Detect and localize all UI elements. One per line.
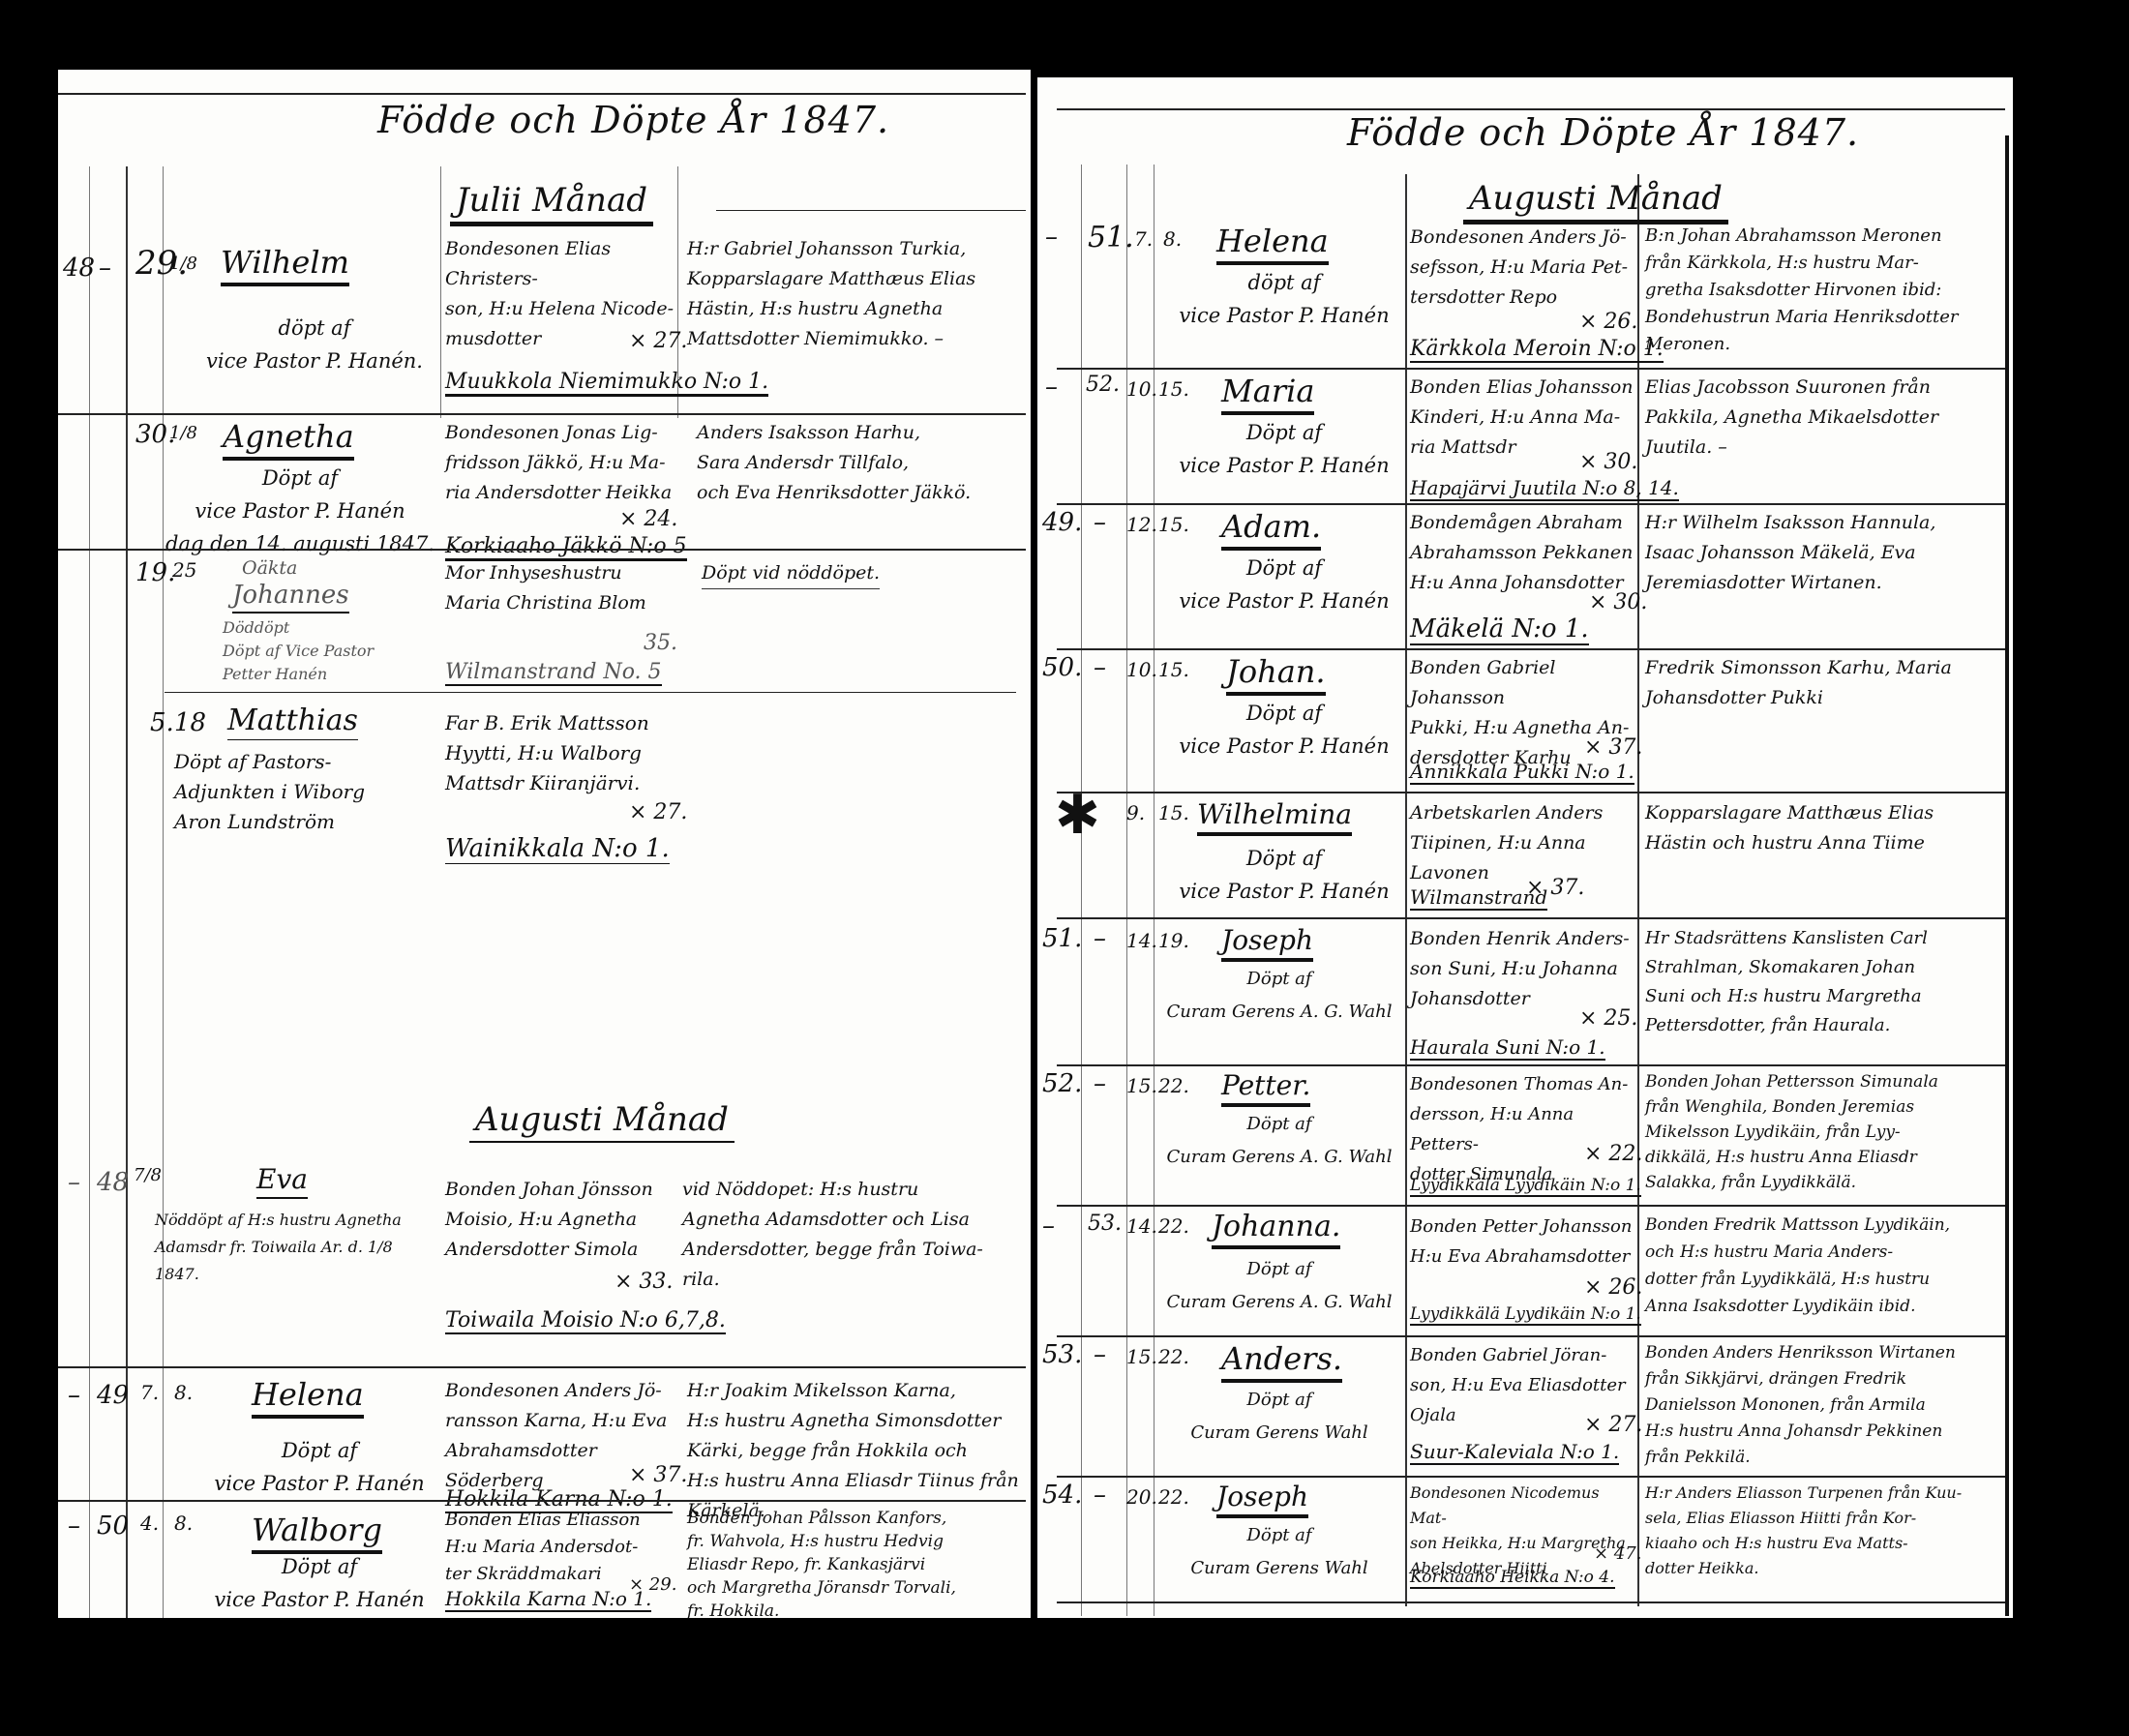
row-number: 49. — [1042, 508, 1082, 537]
baptizer-line: vice Pastor P. Hanén. — [194, 344, 435, 377]
residence: Mäkelä N:o 1. — [1410, 614, 1589, 645]
sponsor-line: Pettersdotter, från Haurala. — [1645, 1011, 2003, 1040]
baptizer-line: Döpt af — [1163, 416, 1405, 449]
sponsor-line: Bonden Fredrik Mattsson Lyydikäin, — [1645, 1212, 2003, 1239]
child-name: Matthias — [227, 703, 358, 740]
baptizer-line: 1847. — [155, 1261, 445, 1288]
child-name: Walborg — [252, 1512, 382, 1554]
row-number: 53. — [1088, 1212, 1122, 1236]
page-edge — [2005, 135, 2009, 1616]
sponsor-line: Bonden Johan Pettersson Simunala — [1645, 1069, 2003, 1094]
residence: Lyydikkälä Lyydikäin N:o 1. — [1410, 1304, 1641, 1326]
parents-line: Bondesonen Anders Jö- — [1410, 223, 1637, 253]
parents-line: Tiipinen, H:u Anna — [1410, 828, 1637, 858]
born-day: 15. — [1126, 1345, 1157, 1368]
residence: Haurala Suni N:o 1. — [1410, 1035, 1605, 1061]
parents-line: Lavonen — [1410, 858, 1637, 888]
parents-line: son, H:u Helena Nicode- — [445, 294, 677, 324]
residence: Hokkila Karna N:o 1. — [445, 1587, 651, 1612]
parents-line: Bonden Gabriel Johansson — [1410, 653, 1637, 713]
row-number: 50. — [1042, 653, 1082, 682]
month-header: Augusti Månad — [469, 1100, 735, 1143]
mother-age: 35. — [644, 631, 677, 655]
row-divider — [1057, 368, 2005, 370]
baptizer-line: Döpt af — [1154, 1519, 1405, 1552]
baptizer-line: döpt af — [1163, 266, 1405, 299]
row-number: 54. — [1042, 1481, 1082, 1510]
baptizer-line: vice Pastor P. Hanén — [1163, 730, 1405, 763]
sponsor-line: gretha Isaksdotter Hirvonen ibid: — [1645, 277, 2003, 304]
baptizer-line: Petter Hanén — [223, 663, 435, 686]
row-number: 51. — [1042, 924, 1082, 953]
sponsor-line: Pakkila, Agnetha Mikaelsdotter — [1645, 403, 2003, 433]
baptized-date: 8. — [174, 1512, 193, 1535]
baptizer-line: Adjunkten i Wiborg — [174, 777, 445, 807]
parents-line: Maria Christina Blom — [445, 588, 687, 618]
born-day: 4. — [140, 1512, 159, 1535]
baptized-date: 22. — [1158, 1074, 1189, 1097]
parents-line: Bondesonen Elias Christers- — [445, 234, 677, 294]
sponsor-line: Mikelsson Lyydikäin, från Lyy- — [1645, 1120, 2003, 1145]
child-name: Johanna. — [1212, 1210, 1340, 1249]
sponsor-line: Mattsdotter Niemimukko. – — [687, 324, 1016, 354]
sponsor-line: sela, Elias Eliasson Hiitti från Kor- — [1645, 1506, 2003, 1531]
parents-line: Bondemågen Abraham — [1410, 508, 1637, 538]
right-page: Födde och Döpte År 1847. Augusti Månad –… — [1037, 77, 2013, 1618]
baptizer-line: dag den 14. augusti 1847. — [165, 527, 435, 560]
mother-age: × 47. — [1594, 1543, 1641, 1564]
parents-line: Bondesonen Nicodemus Mat- — [1410, 1481, 1637, 1531]
baptizer-line: Aron Lundström — [174, 807, 445, 837]
parents-line: Moisio, H:u Agnetha — [445, 1205, 677, 1235]
row-divider — [1057, 1064, 2005, 1066]
baptized-date: 15. — [1158, 658, 1189, 681]
residence: Korkiaaho Jäkkö N:o 5 — [445, 534, 687, 561]
row-number: 50 — [97, 1512, 129, 1541]
mother-age: × 37. — [629, 1463, 687, 1487]
baptizer-line: Curam Gerens A. G. Wahl — [1154, 1141, 1405, 1174]
row-divider — [1057, 1335, 2005, 1337]
sponsor-line: B:n Johan Abrahamsson Meronen — [1645, 223, 2003, 250]
sponsor-line: rila. — [682, 1265, 1021, 1295]
row-mark: – — [1045, 373, 1058, 402]
parents-line: H:u Eva Abrahamsdotter — [1410, 1242, 1637, 1272]
baptized-date: 1/8 — [169, 423, 197, 443]
parents-line: H:u Maria Andersdot- — [445, 1534, 682, 1561]
row-divider — [1057, 1205, 2005, 1207]
parents-line: Bondesonen Jonas Lig- — [445, 418, 687, 448]
residence: Wainikkala N:o 1. — [445, 834, 670, 864]
row-mark: – — [1042, 1212, 1055, 1241]
sponsor-line: Hr Stadsrättens Kanslisten Carl — [1645, 924, 2003, 953]
baptizer-line: Döpt af Vice Pastor — [223, 640, 435, 663]
child-name: Joseph — [1216, 1481, 1308, 1518]
sponsor-line: från Kärkkola, H:s hustru Mar- — [1645, 250, 2003, 277]
month-header: Julii Månad — [450, 181, 653, 226]
page-title: Födde och Döpte År 1847. — [377, 99, 889, 141]
row-divider — [1057, 917, 2005, 919]
child-name: Eva — [256, 1163, 308, 1199]
asterisk-mark-icon: ✱ — [1055, 784, 1100, 847]
residence: Wilmanstrand — [1410, 885, 1547, 911]
baptizer-line: Curam Gerens A. G. Wahl — [1154, 1286, 1405, 1319]
parents-line: sefsson, H:u Maria Pet- — [1410, 253, 1637, 283]
baptizer-line: Döpt af Pastors- — [174, 747, 445, 777]
sponsor-line: från Wenghila, Bonden Jeremias — [1645, 1094, 2003, 1120]
baptizer-line: Döpt af — [1163, 552, 1405, 584]
mother-age: × 25. — [1579, 1006, 1637, 1031]
child-name: Anders. — [1221, 1340, 1342, 1383]
sponsor-line: Jeremiasdotter Wirtanen. — [1645, 568, 2003, 598]
residence: Kärkkola Meroin N:o 1. — [1410, 337, 1664, 363]
baptizer-line: vice Pastor P. Hanén — [194, 1583, 445, 1616]
row-mark: – — [68, 1381, 80, 1410]
baptizer-line: Döpt af — [1154, 963, 1405, 996]
parents-line: Andersdotter Simola — [445, 1235, 677, 1265]
child-name: Helena — [1216, 223, 1329, 265]
born-day: 5. — [150, 708, 174, 737]
sponsor-line: Strahlman, Skomakaren Johan — [1645, 953, 2003, 982]
sponsor-line: Suni och H:s hustru Margretha — [1645, 982, 2003, 1011]
row-number: 48 — [63, 254, 95, 283]
baptizer-line: döpt af — [194, 312, 435, 344]
baptizer-line: vice Pastor P. Hanén — [1163, 584, 1405, 617]
sponsor-line: H:s hustru Anna Johansdr Pekkinen — [1645, 1419, 2003, 1445]
parents-line: Mor Inhyseshustru — [445, 558, 687, 588]
born-day: 20. — [1126, 1485, 1157, 1509]
born-day: 14. — [1126, 929, 1157, 952]
baptizer-line: Curam Gerens A. G. Wahl — [1154, 996, 1405, 1029]
sponsor-line: dotter från Lyydikkälä, H:s hustru — [1645, 1266, 2003, 1293]
mother-age: × 30. — [1589, 590, 1647, 614]
parents-line: Bondesonen Thomas An- — [1410, 1069, 1637, 1099]
sponsor-line: Eliasdr Repo, fr. Kankasjärvi — [687, 1553, 1026, 1576]
row-mark: – — [99, 254, 111, 283]
born-day: 7. — [140, 1381, 159, 1404]
baptizer-line: Döpt af — [1154, 1253, 1405, 1286]
baptized-date: 8. — [1163, 227, 1182, 251]
row-mark: – — [1094, 508, 1106, 537]
sponsor-line: från Sikkjärvi, drängen Fredrik — [1645, 1366, 2003, 1392]
row-divider — [1057, 503, 2005, 505]
parents-line: son Suni, H:u Johanna — [1410, 954, 1637, 984]
sponsor-line: Danielsson Mononen, från Armila — [1645, 1392, 2003, 1419]
sponsor-line: Bonden Anders Henriksson Wirtanen — [1645, 1340, 2003, 1366]
sponsor-line: och Eva Henriksdotter Jäkkö. — [697, 478, 1016, 508]
residence: Toiwaila Moisio N:o 6,7,8. — [445, 1308, 726, 1334]
sponsor-line: och H:s hustru Maria Anders- — [1645, 1239, 2003, 1266]
mother-age: × 26. — [1584, 1275, 1642, 1300]
residence: Lyydikkälä Lyydikäin N:o 1. — [1410, 1176, 1641, 1197]
residence: Korkiaaho Heikka N:o 4. — [1410, 1568, 1615, 1589]
sponsor-line: dotter Heikka. — [1645, 1556, 2003, 1581]
sponsor-line: Fredrik Simonsson Karhu, Maria — [1645, 653, 2003, 683]
sponsor-line: H:r Anders Eliasson Turpenen från Kuu- — [1645, 1481, 2003, 1506]
parents-line: Kinderi, H:u Anna Ma- — [1410, 403, 1637, 433]
baptizer-line: Döpt af — [1163, 842, 1405, 875]
baptizer-line: Döpt af — [1154, 1108, 1405, 1141]
child-name: Maria — [1221, 373, 1314, 415]
child-name: Petter. — [1221, 1069, 1310, 1107]
mother-age: × 27. — [1584, 1413, 1642, 1437]
baptized-date: 8. — [174, 1381, 193, 1404]
child-name: Wilhelm — [221, 244, 349, 286]
sponsor-line: från Pekkilä. — [1645, 1445, 2003, 1471]
baptized-date: 15. — [1158, 377, 1189, 401]
baptized-date: 18 — [174, 708, 206, 737]
row-divider — [1057, 792, 2005, 793]
row-mark: – — [68, 1512, 80, 1541]
row-number: 48 — [97, 1168, 129, 1197]
column-line — [89, 166, 90, 1618]
baptizer-line: Döpt af — [165, 462, 435, 494]
sponsor-line: Meronen. — [1645, 331, 2003, 358]
child-name: Johannes — [232, 581, 349, 614]
row-divider — [58, 549, 1026, 551]
entry-number: 52. — [1086, 373, 1120, 397]
column-line — [1081, 165, 1082, 1616]
row-mark: – — [1094, 1481, 1106, 1510]
born-day: 7. — [1134, 227, 1153, 251]
baptizer-line: Curam Gerens Wahl — [1154, 1552, 1405, 1585]
parents-line: Bonden Gabriel Jöran- — [1410, 1340, 1637, 1370]
sponsor-line: H:s hustru Anna Eliasdr Tiinus från — [687, 1466, 1026, 1496]
born-day: 12. — [1126, 513, 1157, 536]
mother-age: × 30. — [1579, 450, 1637, 474]
entry-number: 51. — [1088, 221, 1134, 254]
residence: Hapajärvi Juutila N:o 8, 14. — [1410, 476, 1679, 501]
sponsor-line: Agnetha Adamsdotter och Lisa — [682, 1205, 1021, 1235]
parents-line: Bonden Henrik Anders- — [1410, 924, 1637, 954]
sponsor-line: Isaac Johansson Mäkelä, Eva — [1645, 538, 2003, 568]
sponsor-line: Kopparslagare Matthæus Elias — [687, 264, 1016, 294]
sponsor-line: Hästin, H:s hustru Agnetha — [687, 294, 1016, 324]
baptized-date: 15. — [1158, 801, 1189, 824]
baptizer-line: Adamsdr fr. Toiwaila Ar. d. 1/8 — [155, 1234, 445, 1261]
child-name: Helena — [252, 1376, 364, 1419]
sponsor-line: Sara Andersdr Tillfalo, — [697, 448, 1016, 478]
parents-line: Hyytti, H:u Walborg — [445, 738, 687, 768]
sponsor-line: Döpt vid nöddöpet. — [702, 558, 880, 589]
row-mark: – — [1094, 1069, 1106, 1098]
parents-line: Far B. Erik Mattsson — [445, 708, 687, 738]
mother-age: × 33. — [615, 1270, 673, 1294]
row-mark: – — [1094, 653, 1106, 682]
sponsor-line: Juutila. – — [1645, 433, 2003, 463]
parents-line: ransson Karna, H:u Eva — [445, 1406, 682, 1436]
baptizer-line: vice Pastor P. Hanén — [1163, 875, 1405, 908]
baptized-date: 19. — [1158, 929, 1189, 952]
baptizer-line: Döpt af — [194, 1550, 445, 1583]
residence: Annikkala Pukki N:o 1. — [1410, 760, 1634, 785]
mother-age: × 37. — [1584, 735, 1642, 760]
baptized-date: 22. — [1158, 1485, 1189, 1509]
baptized-date: 22. — [1158, 1345, 1189, 1368]
sponsor-line: Johansdotter Pukki — [1645, 683, 2003, 713]
baptizer-line: Döpt af — [1163, 697, 1405, 730]
sponsor-line: fr. Hokkila. — [687, 1600, 1026, 1623]
mother-age: × 27. — [629, 800, 687, 824]
baptizer-line: Döpt af — [1154, 1384, 1405, 1417]
baptizer-line: vice Pastor P. Hanén — [1163, 299, 1405, 332]
sponsor-line: H:s hustru Agnetha Simonsdotter — [687, 1406, 1026, 1436]
row-mark: – — [68, 1168, 80, 1197]
mother-age: × 27. — [629, 329, 687, 353]
column-line — [1405, 174, 1407, 1606]
baptizer-line: vice Pastor P. Hanén — [194, 1467, 445, 1500]
sponsor-line: Hästin och hustru Anna Tiime — [1645, 828, 2003, 858]
baptizer-line: Curam Gerens Wahl — [1154, 1417, 1405, 1450]
born-day: 10. — [1126, 658, 1157, 681]
sponsor-line: dikkälä, H:s hustru Anna Eliasdr — [1645, 1145, 2003, 1170]
born-day: 9. — [1126, 801, 1145, 824]
row-divider — [58, 413, 1026, 415]
baptizer-line: vice Pastor P. Hanén — [165, 494, 435, 527]
baptized-date: 1/8 — [169, 254, 197, 274]
parents-line: ria Andersdotter Heikka — [445, 478, 687, 508]
baptized-date: 25 — [172, 558, 196, 582]
sponsor-line: vid Nöddopet: H:s hustru — [682, 1175, 1021, 1205]
row-number: 52. — [1042, 1069, 1082, 1098]
sponsor-line: och Margretha Jöransdr Torvali, — [687, 1576, 1026, 1600]
sponsor-line: kiaaho och H:s hustru Eva Matts- — [1645, 1531, 2003, 1556]
sponsor-line: Bondehustrun Maria Henriksdotter — [1645, 304, 2003, 331]
sponsor-line: Andersdotter, begge från Toiwa- — [682, 1235, 1021, 1265]
parents-line: fridsson Jäkkö, H:u Ma- — [445, 448, 687, 478]
sponsor-line: H:r Gabriel Johansson Turkia, — [687, 234, 1016, 264]
sponsor-line: Anna Isaksdotter Lyydikäin ibid. — [1645, 1293, 2003, 1320]
child-name: Adam. — [1221, 508, 1321, 551]
parents-line: Abrahamsson Pekkanen — [1410, 538, 1637, 568]
page-title: Födde och Döpte År 1847. — [1347, 111, 1859, 154]
child-name: Wilhelmina — [1197, 798, 1352, 836]
sponsor-line: H:r Wilhelm Isaksson Hannula, — [1645, 508, 2003, 538]
row-number: 49 — [97, 1381, 129, 1410]
parents-line: Bonden Johan Jönsson — [445, 1175, 677, 1205]
month-header: Augusti Månad — [1463, 179, 1728, 224]
row-divider — [165, 692, 1016, 693]
baptizer-line: vice Pastor P. Hanén — [1163, 449, 1405, 482]
baptized-date: 22. — [1158, 1214, 1189, 1238]
baptizer-line: Döpt af — [194, 1434, 445, 1467]
born-day: 14. — [1126, 1214, 1157, 1238]
row-number: 53. — [1042, 1340, 1082, 1369]
sponsor-line: fr. Wahvola, H:s hustru Hedvig — [687, 1530, 1026, 1553]
row-divider — [1057, 1476, 2005, 1478]
sponsor-line: Kopparslagare Matthæus Elias — [1645, 798, 2003, 828]
row-mark: – — [1094, 924, 1106, 953]
parents-line: Bonden Petter Johansson — [1410, 1212, 1637, 1242]
residence: Muukkola Niemimukko N:o 1. — [445, 370, 768, 397]
column-line — [1637, 174, 1639, 1606]
mother-age: × 22. — [1584, 1142, 1642, 1166]
child-name: Joseph — [1221, 924, 1313, 962]
column-line — [163, 166, 164, 1618]
born-day: 15. — [1126, 1074, 1157, 1097]
parents-line: son, H:u Eva Eliasdotter — [1410, 1370, 1637, 1400]
parents-line: Bonden Elias Johansson — [1410, 373, 1637, 403]
mother-age: × 26. — [1579, 310, 1637, 334]
parents-line: Mattsdr Kiiranjärvi. — [445, 768, 687, 798]
baptized-date: 15. — [1158, 513, 1189, 536]
parents-line: Bonden Elias Eliasson — [445, 1507, 682, 1534]
left-page: Födde och Döpte År 1847. Julii Månad 48 … — [58, 70, 1031, 1618]
parents-line: Arbetskarlen Anders — [1410, 798, 1637, 828]
row-mark: – — [1045, 223, 1058, 252]
top-rule — [1057, 108, 2005, 110]
sponsor-line: Elias Jacobsson Suuronen från — [1645, 373, 2003, 403]
born-day: 19. — [135, 558, 175, 587]
born-day: 10. — [1126, 377, 1157, 401]
child-status: Oäkta — [242, 554, 297, 584]
row-divider — [1057, 1601, 2005, 1603]
row-divider — [58, 1366, 1026, 1368]
column-line — [440, 166, 441, 418]
baptizer-line: Döddöpt — [223, 616, 435, 640]
mother-age: × 24. — [619, 507, 677, 531]
row-divider — [58, 1500, 1026, 1502]
child-name: Johan. — [1226, 653, 1326, 696]
sponsor-line: Anders Isaksson Harhu, — [697, 418, 1016, 448]
sponsor-line: Salakka, från Lyydikkälä. — [1645, 1170, 2003, 1195]
rule — [716, 210, 1026, 211]
residence: Wilmanstrand No. 5 — [445, 660, 662, 686]
sponsor-line: Bonden Johan Pålsson Kanfors, — [687, 1507, 1026, 1530]
parents-line: tersdotter Repo — [1410, 283, 1637, 313]
child-name: Agnetha — [223, 418, 354, 461]
parents-line: Bondesonen Anders Jö- — [445, 1376, 682, 1406]
top-rule — [58, 93, 1026, 95]
baptizer-line: Nöddöpt af H:s hustru Agnetha — [155, 1207, 445, 1234]
sponsor-line: Kärki, begge från Hokkila och — [687, 1436, 1026, 1466]
sponsor-line: H:r Joakim Mikelsson Karna, — [687, 1376, 1026, 1406]
row-mark: – — [1094, 1340, 1106, 1369]
row-divider — [1057, 648, 2005, 650]
baptized-date: 7/8 — [134, 1165, 162, 1185]
residence: Suur-Kaleviala N:o 1. — [1410, 1440, 1619, 1465]
